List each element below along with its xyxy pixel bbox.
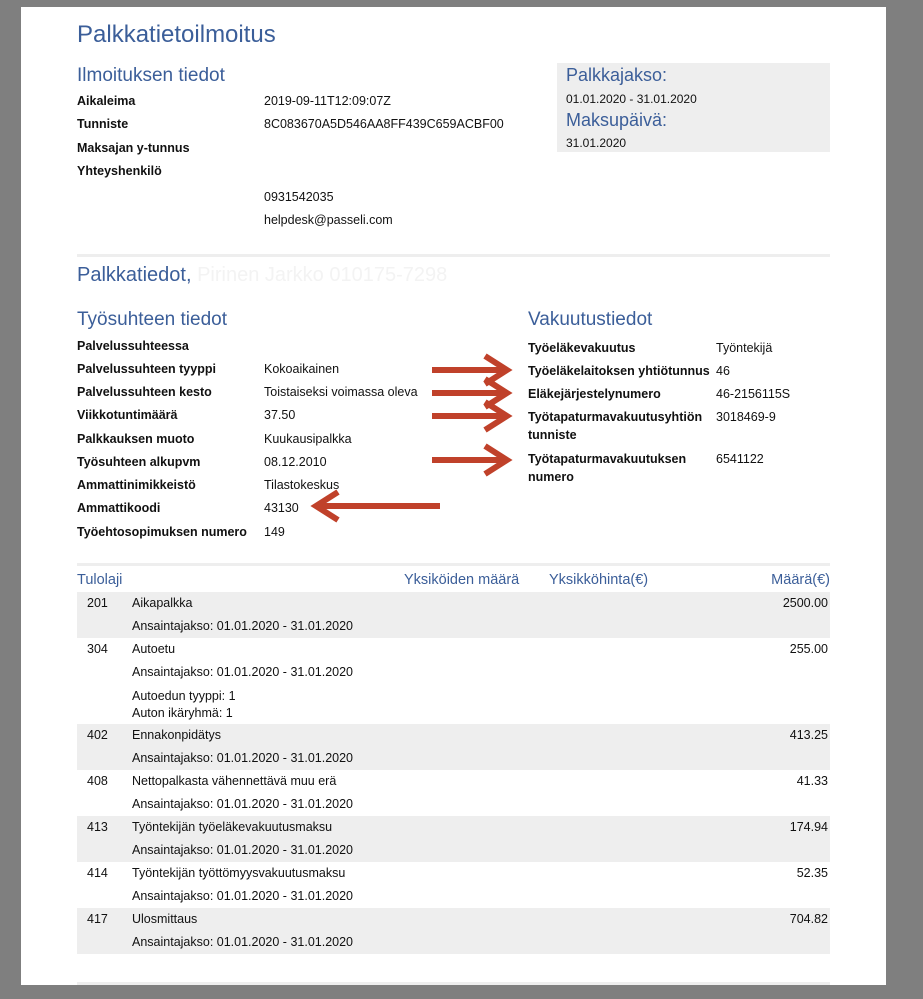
field-label-contact-person: Yhteyshenkilö xyxy=(77,164,162,178)
insurance-field-label-line: Työeläkevakuutus xyxy=(528,339,635,357)
contact-phone: 0931542035 xyxy=(264,190,334,204)
employment-field-label: Palvelussuhteen kesto xyxy=(77,385,212,399)
insurance-field-label: Eläkejärjestelynumero xyxy=(528,385,661,403)
payment-date-value: 31.01.2020 xyxy=(566,136,626,150)
payment-date-label: Maksupäivä: xyxy=(566,110,667,131)
income-earning-period: Ansaintajakso: 01.01.2020 - 31.01.2020 xyxy=(132,843,353,857)
insurance-field-label: Työeläkevakuutus xyxy=(528,339,635,357)
income-code: 417 xyxy=(87,912,108,926)
income-extra-info: Auton ikäryhmä: 1 xyxy=(132,706,233,720)
section-divider xyxy=(77,254,830,257)
income-amount: 2500.00 xyxy=(783,596,828,610)
employment-field-label: Palkkauksen muoto xyxy=(77,432,194,446)
employment-field-label: Viikkotuntimäärä xyxy=(77,408,178,422)
income-row: 413Työntekijän työeläkevakuutusmaksu174.… xyxy=(77,816,830,862)
income-amount: 41.33 xyxy=(797,774,828,788)
employment-field-label: Ammattikoodi xyxy=(77,501,160,515)
income-amount: 413.25 xyxy=(790,728,828,742)
field-value-tunniste: 8C083670A5D546AA8FF439C659ACBF00 xyxy=(264,117,504,131)
employment-field-value: 37.50 xyxy=(264,408,295,422)
income-earning-period: Ansaintajakso: 01.01.2020 - 31.01.2020 xyxy=(132,797,353,811)
income-extra-info: Autoedun tyyppi: 1 xyxy=(132,689,236,703)
col-header-unit-price: Yksikköhinta(€) xyxy=(549,572,648,588)
employment-field-label: Palvelussuhteen tyyppi xyxy=(77,362,216,376)
income-name: Työntekijän työttömyysvakuutusmaksu xyxy=(132,866,345,880)
field-label-payer-id: Maksajan y-tunnus xyxy=(77,141,190,155)
insurance-field-label: Työtapaturmavakuutusyhtiöntunniste xyxy=(528,408,702,444)
insurance-field-value: Työntekijä xyxy=(716,339,772,357)
insurance-field-label-line: numero xyxy=(528,468,686,486)
insurance-field-label-line: Työtapaturmavakuutuksen xyxy=(528,450,686,468)
page-title: Palkkatietoilmoitus xyxy=(77,21,276,49)
income-code: 402 xyxy=(87,728,108,742)
income-amount: 174.94 xyxy=(790,820,828,834)
insurance-field-value: 3018469-9 xyxy=(716,408,776,426)
income-earning-period: Ansaintajakso: 01.01.2020 - 31.01.2020 xyxy=(132,935,353,949)
income-row: 414Työntekijän työttömyysvakuutusmaksu52… xyxy=(77,862,830,908)
employment-field-label: Ammattinimikkeistö xyxy=(77,478,196,492)
income-code: 414 xyxy=(87,866,108,880)
employment-field-label: Työehtosopimuksen numero xyxy=(77,525,247,539)
payslip-page: Palkkatietoilmoitus Ilmoituksen tiedot A… xyxy=(21,7,886,985)
income-earning-period: Ansaintajakso: 01.01.2020 - 31.01.2020 xyxy=(132,619,353,633)
insurance-field-label-line: Työtapaturmavakuutusyhtiön xyxy=(528,408,702,426)
col-header-income-type: Tulolaji xyxy=(77,572,122,588)
income-code: 201 xyxy=(87,596,108,610)
employment-field-value: 149 xyxy=(264,525,285,539)
employment-heading: Työsuhteen tiedot xyxy=(77,309,227,331)
employment-field-value: 08.12.2010 xyxy=(264,455,327,469)
pay-period-label: Palkkajakso: xyxy=(566,65,667,86)
income-table-header: Tulolaji Yksiköiden määrä Yksikköhinta(€… xyxy=(77,572,830,592)
income-code: 304 xyxy=(87,642,108,656)
contact-email[interactable]: helpdesk@passeli.com xyxy=(264,213,393,227)
insurance-field-value: 6541122 xyxy=(716,450,764,468)
income-row: 417Ulosmittaus704.82Ansaintajakso: 01.01… xyxy=(77,908,830,954)
employment-field-value: Kuukausipalkka xyxy=(264,432,352,446)
income-row: 402Ennakonpidätys413.25Ansaintajakso: 01… xyxy=(77,724,830,770)
insurance-field-value: 46 xyxy=(716,362,730,380)
col-header-units: Yksiköiden määrä xyxy=(404,572,519,588)
income-earning-period: Ansaintajakso: 01.01.2020 - 31.01.2020 xyxy=(132,665,353,679)
employment-field-value: Tilastokeskus xyxy=(264,478,339,492)
income-name: Nettopalkasta vähennettävä muu erä xyxy=(132,774,336,788)
insurance-field-label: Työtapaturmavakuutuksennumero xyxy=(528,450,686,486)
salary-heading-label: Palkkatiedot, xyxy=(77,264,192,286)
col-header-amount: Määrä(€) xyxy=(771,572,830,588)
income-amount: 255.00 xyxy=(790,642,828,656)
employment-field-value: Kokoaikainen xyxy=(264,362,339,376)
income-name: Työntekijän työeläkevakuutusmaksu xyxy=(132,820,332,834)
income-row: 201Aikapalkka2500.00Ansaintajakso: 01.01… xyxy=(77,592,830,638)
insurance-field-label-line: Työeläkelaitoksen yhtiötunnus xyxy=(528,362,710,380)
income-amount: 704.82 xyxy=(790,912,828,926)
pay-period-value: 01.01.2020 - 31.01.2020 xyxy=(566,92,697,106)
section-divider xyxy=(77,982,830,985)
income-name: Autoetu xyxy=(132,642,175,656)
insurance-field-label-line: tunniste xyxy=(528,426,702,444)
field-label-tunniste: Tunniste xyxy=(77,117,128,131)
income-code: 413 xyxy=(87,820,108,834)
insurance-heading: Vakuutustiedot xyxy=(528,309,652,331)
income-amount: 52.35 xyxy=(797,866,828,880)
field-label-aikaleima: Aikaleima xyxy=(77,94,135,108)
insurance-field-label-line: Eläkejärjestelynumero xyxy=(528,385,661,403)
insurance-field-label: Työeläkelaitoksen yhtiötunnus xyxy=(528,362,710,380)
employment-field-value: Toistaiseksi voimassa oleva xyxy=(264,385,418,399)
employment-field-value: 43130 xyxy=(264,501,299,515)
income-code: 408 xyxy=(87,774,108,788)
income-earning-period: Ansaintajakso: 01.01.2020 - 31.01.2020 xyxy=(132,751,353,765)
salary-heading: Palkkatiedot, Pirinen Jarkko 010175-7298 xyxy=(77,264,447,287)
income-name: Ennakonpidätys xyxy=(132,728,221,742)
recipient-name-redacted: Pirinen Jarkko 010175-7298 xyxy=(197,264,447,286)
income-name: Aikapalkka xyxy=(132,596,192,610)
income-row: 408Nettopalkasta vähennettävä muu erä41.… xyxy=(77,770,830,816)
notice-heading: Ilmoituksen tiedot xyxy=(77,65,225,87)
section-divider xyxy=(77,563,830,566)
employment-field-label: Työsuhteen alkupvm xyxy=(77,455,200,469)
income-name: Ulosmittaus xyxy=(132,912,197,926)
income-earning-period: Ansaintajakso: 01.01.2020 - 31.01.2020 xyxy=(132,889,353,903)
pay-period-box: Palkkajakso: 01.01.2020 - 31.01.2020 Mak… xyxy=(557,63,830,152)
field-value-aikaleima: 2019-09-11T12:09:07Z xyxy=(264,94,391,108)
income-row: 304Autoetu255.00Ansaintajakso: 01.01.202… xyxy=(77,638,830,724)
insurance-field-value: 46-2156115S xyxy=(716,385,790,403)
employment-field-label: Palvelussuhteessa xyxy=(77,339,189,353)
